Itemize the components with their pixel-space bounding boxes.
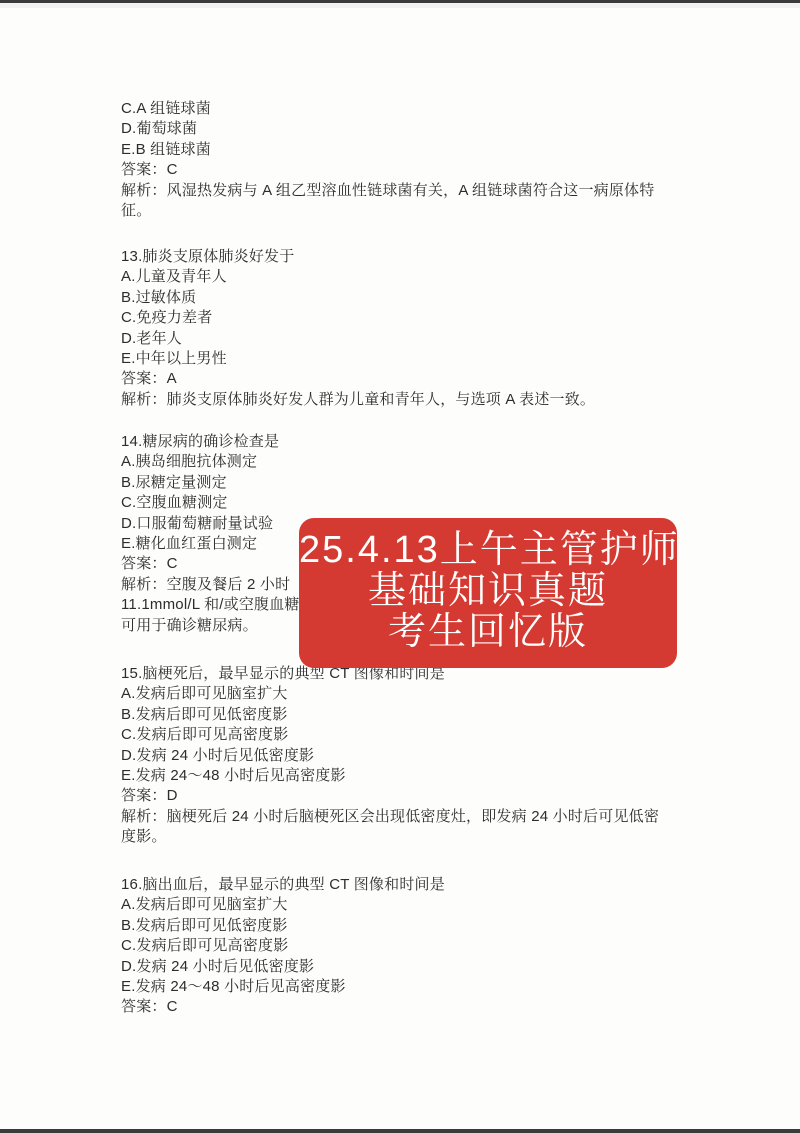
option-line: B.发病后即可见低密度影 — [121, 916, 721, 936]
watermark-line: 25.4.13上午主管护师 — [299, 530, 677, 571]
question-title: 14.糖尿病的确诊检查是 — [121, 432, 721, 452]
page-bottom-edge — [0, 1129, 800, 1133]
watermark-overlay: 25.4.13上午主管护师 基础知识真题 考生回忆版 — [299, 518, 677, 668]
option-line: D.发病 24 小时后见低密度影 — [121, 957, 721, 977]
option-line: D.葡萄球菌 — [121, 119, 721, 139]
option-line: D.老年人 — [121, 329, 721, 349]
analysis-line: 解析：脑梗死后 24 小时后脑梗死区会出现低密度灶，即发病 24 小时后可见低密 — [121, 807, 721, 827]
watermark-line: 考生回忆版 — [299, 612, 677, 653]
option-line: A.发病后即可见脑室扩大 — [121, 895, 721, 915]
question-title: 13.肺炎支原体肺炎好发于 — [121, 247, 721, 267]
option-line: C.A 组链球菌 — [121, 99, 721, 119]
option-line: A.发病后即可见脑室扩大 — [121, 684, 721, 704]
question-block-16: 16.脑出血后，最早显示的典型 CT 图像和时间是 A.发病后即可见脑室扩大 B… — [121, 875, 721, 1018]
option-line: A.儿童及青年人 — [121, 267, 721, 287]
option-line: B.尿糖定量测定 — [121, 473, 721, 493]
question-block-13: 13.肺炎支原体肺炎好发于 A.儿童及青年人 B.过敏体质 C.免疫力差者 D.… — [121, 247, 721, 410]
question-title: 16.脑出血后，最早显示的典型 CT 图像和时间是 — [121, 875, 721, 895]
analysis-line: 征。 — [121, 201, 721, 221]
question-block-12: C.A 组链球菌 D.葡萄球菌 E.B 组链球菌 答案：C 解析：风湿热发病与 … — [121, 99, 721, 221]
answer-line: 答案：C — [121, 160, 721, 180]
watermark-line: 基础知识真题 — [299, 571, 677, 612]
option-line: B.过敏体质 — [121, 288, 721, 308]
option-line: A.胰岛细胞抗体测定 — [121, 452, 721, 472]
question-block-15: 15.脑梗死后，最早显示的典型 CT 图像和时间是 A.发病后即可见脑室扩大 B… — [121, 664, 721, 848]
answer-line: 答案：C — [121, 997, 721, 1017]
option-line: D.发病 24 小时后见低密度影 — [121, 746, 721, 766]
option-line: B.发病后即可见低密度影 — [121, 705, 721, 725]
option-line: C.发病后即可见高密度影 — [121, 725, 721, 745]
option-line: E.发病 24～48 小时后见高密度影 — [121, 977, 721, 997]
answer-line: 答案：D — [121, 786, 721, 806]
document-page: C.A 组链球菌 D.葡萄球菌 E.B 组链球菌 答案：C 解析：风湿热发病与 … — [0, 0, 800, 1133]
analysis-line: 解析：风湿热发病与 A 组乙型溶血性链球菌有关，A 组链球菌符合这一病原体特 — [121, 181, 721, 201]
page-top-shade — [0, 3, 800, 8]
analysis-line: 解析：肺炎支原体肺炎好发人群为儿童和青年人，与选项 A 表述一致。 — [121, 390, 721, 410]
option-line: C.空腹血糖测定 — [121, 493, 721, 513]
option-line: C.免疫力差者 — [121, 308, 721, 328]
option-line: E.B 组链球菌 — [121, 140, 721, 160]
analysis-line: 度影。 — [121, 827, 721, 847]
option-line: E.中年以上男性 — [121, 349, 721, 369]
option-line: C.发病后即可见高密度影 — [121, 936, 721, 956]
option-line: E.发病 24～48 小时后见高密度影 — [121, 766, 721, 786]
answer-line: 答案：A — [121, 369, 721, 389]
